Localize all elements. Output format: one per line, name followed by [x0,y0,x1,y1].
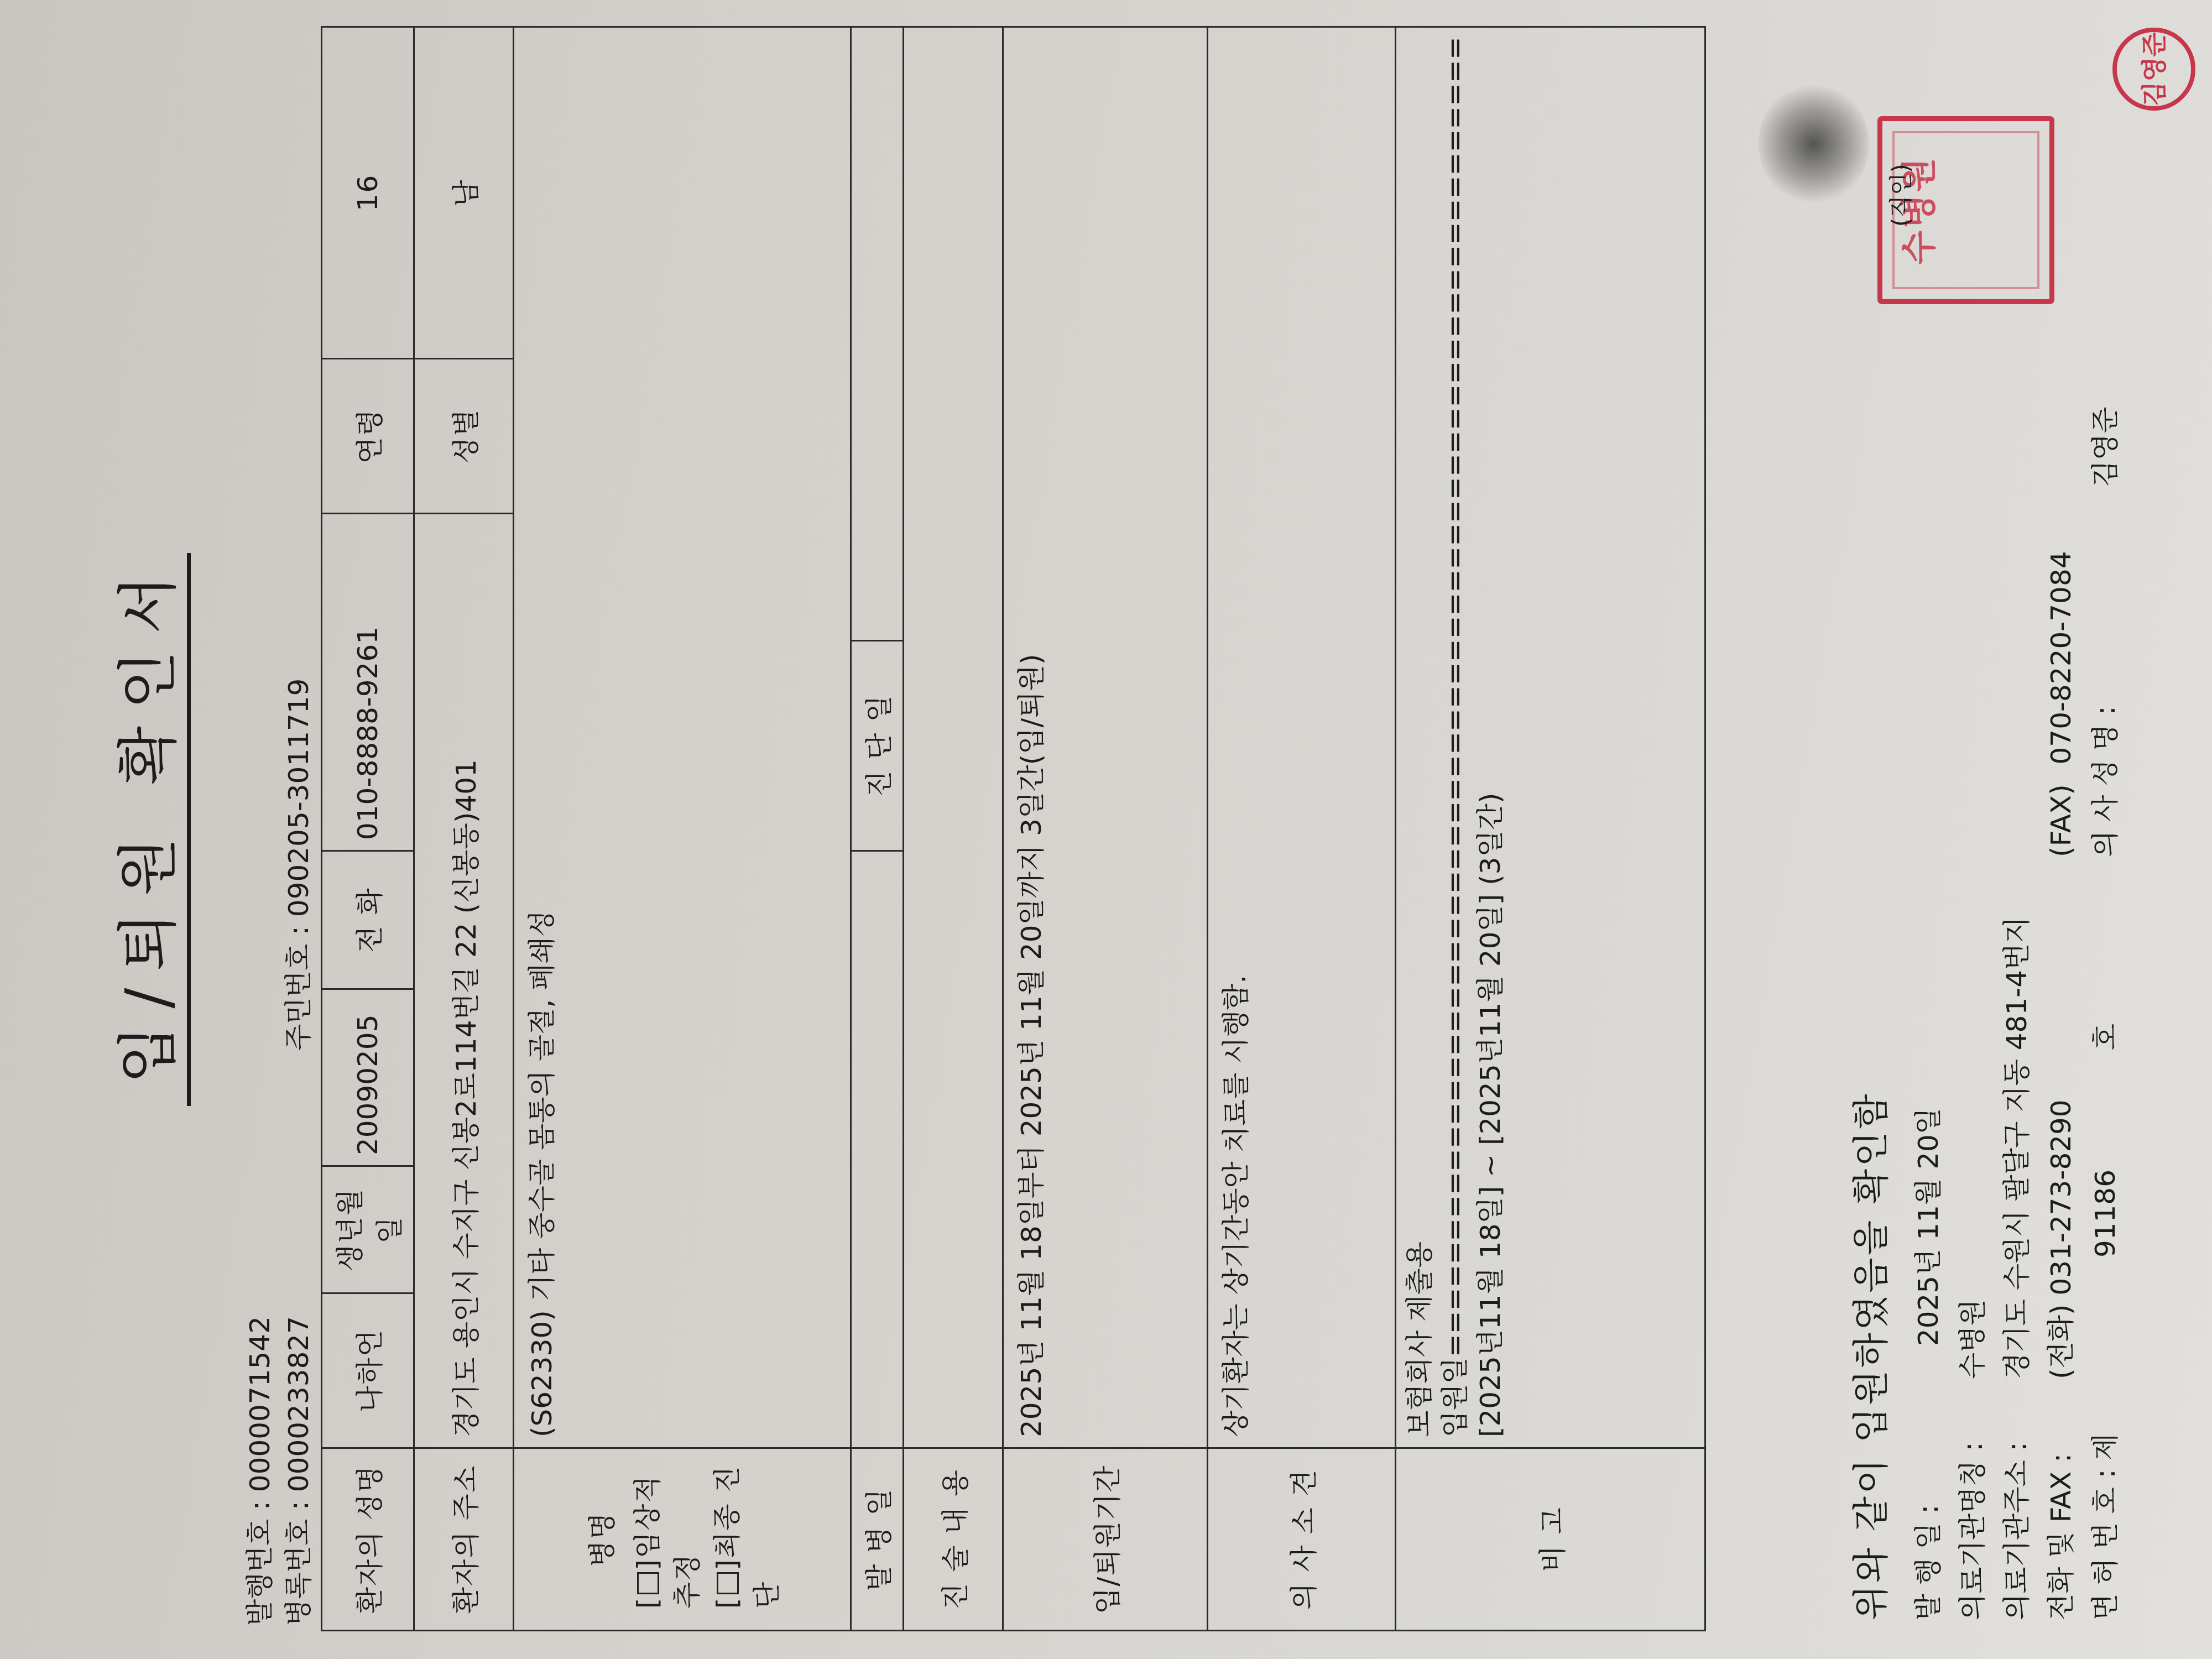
page-title: 입/퇴원 확인서 [100,0,187,1659]
diagnosis-date-value [851,27,904,640]
onset-label: 발 병 일 [851,1448,904,1631]
chart-number: 병록번호 : 0000233827 [276,1316,316,1626]
address-value: 경기도 용인시 수지구 신봉2로114번길 22 (신봉동)401 [414,513,514,1448]
admission-discharge-certificate: 입/퇴원 확인서 발행번호 : 0000071542 병록번호 : 000023… [0,0,2212,1659]
statement-label: 진 술 내 용 [904,1448,1003,1631]
patient-row-1: 환자의 성명 나하언 생년월일 20090205 전 화 010-8888-92… [322,27,414,1630]
patient-name-label: 환자의 성명 [322,1448,414,1631]
remarks-line-3: [2025년11월 18일] ~ [2025년11월 20일] (3일간) [1473,38,1508,1437]
license-row: 면 허 번 호 : 제 91186 호 의 사 성 명 : 김영준 [2083,39,2127,1620]
clinical-estimate-option[interactable]: []임상적 추정 [625,1459,705,1620]
hospital-fax: 070-8220-7084 [2045,551,2077,764]
hospital-phone: 031-273-8290 [2045,1099,2077,1295]
final-diagnosis-option[interactable]: []최종 진단 [705,1459,785,1620]
patient-name: 나하언 [322,1293,414,1448]
diagnosis-value: (S62330) 기타 중수골 몸통의 골절, 폐쇄성 [514,27,851,1448]
final-diagnosis-checkbox[interactable] [717,1572,739,1594]
dob-value: 20090205 [322,989,414,1166]
statement-value [904,27,1003,1448]
patient-row-2: 환자의 주소 경기도 용인시 수지구 신봉2로114번길 22 (신봉동)401… [414,27,514,1630]
remarks-row: 비 고 보험회사 제출용 입원일========================… [1396,27,1705,1630]
issue-date: 2025년 11월 20일 [1912,1108,1944,1346]
official-seal-note: (직인) [1883,164,1916,227]
onset-value [851,851,904,1448]
age-label: 연령 [322,358,414,513]
diagnosis-label: 병명 [580,1459,620,1620]
issue-number: 발행번호 : 0000071542 [238,1316,278,1626]
phone-value: 010-8888-9261 [322,513,414,851]
certificate-table: 환자의 성명 나하언 생년월일 20090205 전 화 010-8888-92… [321,26,1706,1631]
period-value: 2025년 11월 18일부터 2025년 11월 20일까지 3일간(입/퇴원… [1003,27,1208,1448]
age-value: 16 [322,27,414,358]
clinical-estimate-checkbox[interactable] [637,1572,659,1594]
statement-row: 진 술 내 용 [904,27,1003,1630]
diagnosis-date-label: 진 단 일 [851,641,904,851]
doctor-name: 김영준 [2089,407,2121,487]
remarks-line-1: 보험회사 제출용 [1402,38,1437,1437]
institution-name: 수병원 [1957,1299,1989,1379]
gender-value: 남 [414,27,514,358]
resident-registration-number: 주민번호 : 090205-3011719 [276,679,316,1051]
period-label: 입/퇴원기간 [1003,1448,1208,1631]
remarks-value: 보험회사 제출용 입원일============================… [1396,27,1705,1448]
opinion-value: 상기환자는 상기간동안 치료를 시행함. [1208,27,1396,1448]
opinion-label: 의 사 소 견 [1208,1448,1396,1631]
gender-label: 성별 [414,358,514,513]
phone-label: 전 화 [322,851,414,989]
institution-address: 경기도 수원시 팔달구 지동 481-4번지 [2001,916,2033,1379]
license-number: 91186 [2089,1170,2121,1258]
opinion-row: 의 사 소 견 상기환자는 상기간동안 치료를 시행함. [1208,27,1396,1630]
dob-label: 생년월일 [322,1166,414,1293]
diagnosis-label-cell: 병명 []임상적 추정 []최종 진단 [514,1448,851,1631]
onset-row: 발 병 일 진 단 일 [851,27,904,1630]
remarks-line-2: 입원일=====================================… [1437,38,1473,1437]
diagnosis-row: 병명 []임상적 추정 []최종 진단 (S62330) 기타 중수골 몸통의 … [514,27,851,1630]
remarks-label: 비 고 [1396,1448,1705,1631]
address-label: 환자의 주소 [414,1448,514,1631]
period-row: 입/퇴원기간 2025년 11월 18일부터 2025년 11월 20일까지 3… [1003,27,1208,1630]
doctor-seal-stamp: 김영준 [2112,28,2195,111]
